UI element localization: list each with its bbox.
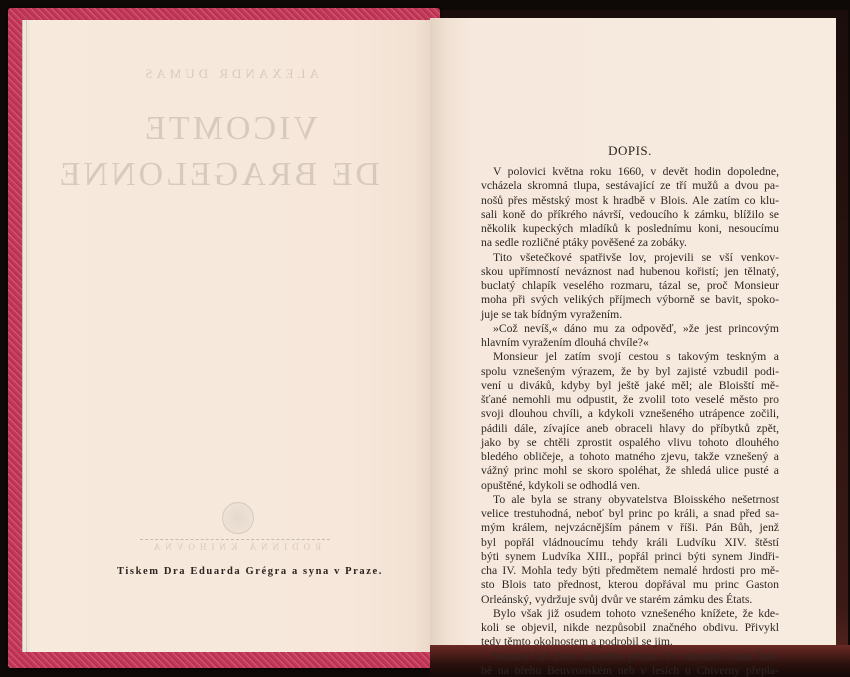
bleed-through-library: RODINNÁ KNIHOVNA xyxy=(140,542,330,552)
chapter-title: DOPIS. xyxy=(440,143,820,159)
text-line: tedy těmto okolnostem a podrobil se jim. xyxy=(481,635,779,649)
text-line: buclatý chlapík veselého rozmaru, tázal … xyxy=(481,279,779,293)
text-line: velice trestuhodná, neboť byl princ po k… xyxy=(481,507,779,521)
text-line: Tito všetečkové spatřivše lov, projevili… xyxy=(481,251,779,265)
dashed-rule xyxy=(140,539,330,540)
publisher-emblem-icon xyxy=(222,502,254,534)
text-line: nošů přes městský most k hradbě v Blois.… xyxy=(481,194,779,208)
text-line: Orleánský, vydržuje svůj dvůr ve starém … xyxy=(481,593,779,607)
text-line: Bylo však již osudem tohoto vznešeného k… xyxy=(481,607,779,621)
text-line: sto Blois tato přednost, kterou dopřával… xyxy=(481,578,779,592)
text-line: svoji dlouhou chvíli, a kdykoli vznešené… xyxy=(481,407,779,421)
text-line: vcházela skromná tlupa, sestávající ze t… xyxy=(481,179,779,193)
bleed-through-title-line-2: DE BRAGELONNE xyxy=(80,156,380,194)
text-line: moha při svých velikých příjmech výborně… xyxy=(481,293,779,307)
text-line: opuštěné, kdykoli se odhodlá ven. xyxy=(481,479,779,493)
printer-colophon: Tiskem Dra Eduarda Grégra a syna v Praze… xyxy=(80,566,420,577)
text-line: byl popřál vládnoucímu tehdy králi Ludví… xyxy=(481,536,779,550)
text-line: jako by se chtěli zprostit ospalého vliv… xyxy=(481,436,779,450)
text-line: bě na břehu Beuvronském neb v lesích u C… xyxy=(481,664,779,677)
text-line: cha IV. Mohla tedy býti předmětem nemalé… xyxy=(481,564,779,578)
body-text: V polovici května roku 1660, v devět hod… xyxy=(481,165,779,677)
text-line: »Což nevíš,« dáno mu za odpověď, »že jes… xyxy=(481,322,779,336)
text-line: mým králem, nejvzácnějším pánem v říši. … xyxy=(481,521,779,535)
text-line: na sedle rozličné ptáky pověšené za zobá… xyxy=(481,236,779,250)
text-line: juje se tak bídným vyražením. xyxy=(481,308,779,322)
text-line: V polovici května roku 1660, v devět hod… xyxy=(481,165,779,179)
text-line: bledého obličeje, a tohoto matného zjevu… xyxy=(481,450,779,464)
text-line: skou upřímností neváznost nad hubenou ko… xyxy=(481,265,779,279)
text-line: vážný princ mohl se skoro spoléhat, že s… xyxy=(481,464,779,478)
text-line: Monsieur jel zatím svojí cestou s takový… xyxy=(481,350,779,364)
bleed-through-title-line-1: VICOMTE xyxy=(130,110,330,148)
text-line: To ale byla se strany obyvatelstva Blois… xyxy=(481,493,779,507)
text-line: Smutný byl život ubohého prince. Po skro… xyxy=(481,650,779,664)
text-line: spolu vznešeným výrazem, že by byl zajis… xyxy=(481,365,779,379)
text-line: hlavním vyražením dlouhá chvíle?« xyxy=(481,336,779,350)
text-line: vení u diváků, kdyby byl ještě jaké měl;… xyxy=(481,379,779,393)
text-line: šťané nemohli mu odpustit, že zvolil tot… xyxy=(481,393,779,407)
text-line: sali koně do příkrého návrší, vedoucího … xyxy=(481,208,779,222)
text-line: býti synem Ludvíka XIII., popřál princi … xyxy=(481,550,779,564)
book-scan: ALEXANDR DUMAS VICOMTE DE BRAGELONNE ROD… xyxy=(0,0,850,677)
text-line: koli se objevil, nikde nezpůsobil značné… xyxy=(481,621,779,635)
bleed-through-author: ALEXANDR DUMAS xyxy=(140,66,320,82)
text-line: několik kupeckých mladíků k poslednímu k… xyxy=(481,222,779,236)
text-line: pádili dále, zívajíce aneb obraceli hlav… xyxy=(481,422,779,436)
